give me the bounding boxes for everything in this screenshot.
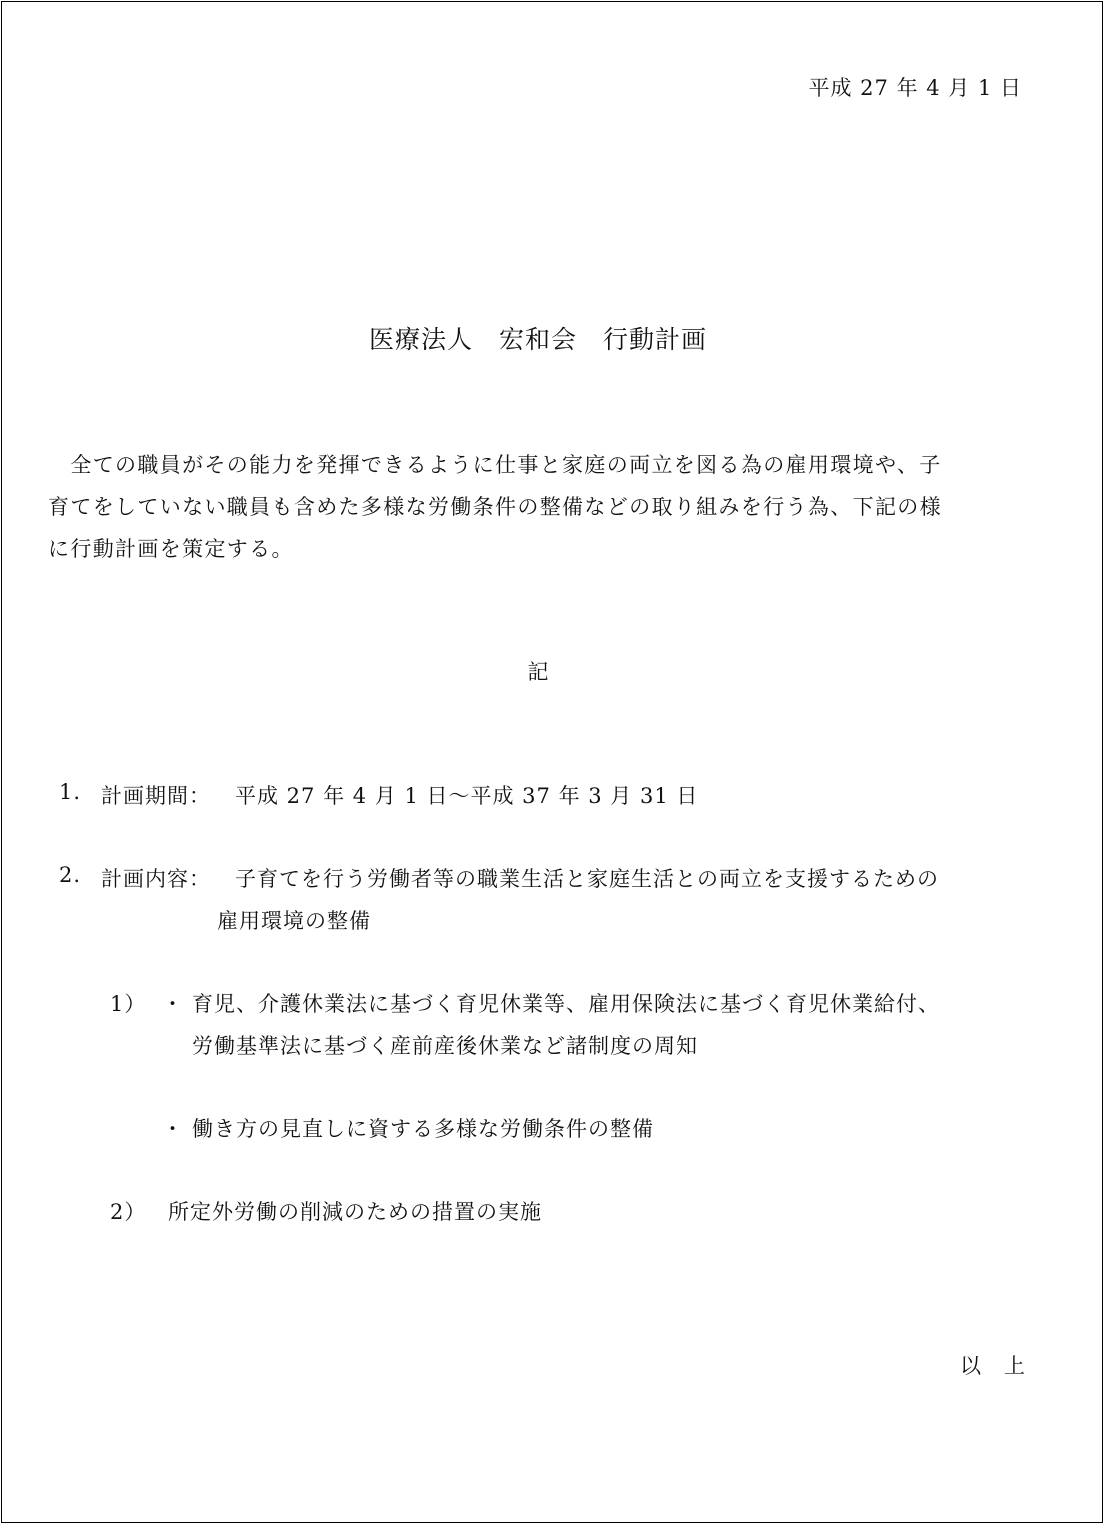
intro-line: 育てをしていない職員も含めた多様な労働条件の整備などの取り組みを行う為、下記の様 [48, 486, 1038, 528]
plan-content-value: 子育てを行う労働者等の職業生活と家庭生活との両立を支援するための [235, 863, 939, 893]
bullet-icon: ・ [162, 988, 184, 1018]
closing-mark: 以 上 [960, 1350, 1026, 1380]
ki-heading: 記 [2, 656, 1074, 686]
plan-period-label: 計画期間： [101, 780, 211, 810]
bullet-icon: ・ [162, 1113, 184, 1143]
document-date: 平成 27 年 4 月 1 日 [809, 72, 1023, 102]
plan-period-value: 平成 27 年 4 月 1 日～平成 37 年 3 月 31 日 [235, 780, 698, 810]
sub-item-number: 1） [110, 988, 146, 1018]
item-number: 1. [59, 780, 81, 804]
intro-paragraph: 全ての職員がその能力を発揮できるように仕事と家庭の両立を図る為の雇用環境や、子 … [48, 444, 1038, 570]
intro-line: に行動計画を策定する。 [48, 528, 1038, 570]
item-number: 2. [59, 863, 81, 887]
sub-item-number: 2） [110, 1196, 146, 1226]
document-title: 医療法人 宏和会 行動計画 [2, 320, 1074, 356]
sub-item-text: 働き方の見直しに資する多様な労働条件の整備 [192, 1113, 654, 1143]
sub-item-text: 所定外労働の削減のための措置の実施 [168, 1196, 542, 1226]
sub-item-text: 育児、介護休業法に基づく育児休業等、雇用保険法に基づく育児休業給付、 [192, 988, 940, 1018]
sub-item-text: 労働基準法に基づく産前産後休業など諸制度の周知 [192, 1030, 698, 1060]
plan-content-label: 計画内容： [101, 863, 211, 893]
intro-line: 全ての職員がその能力を発揮できるように仕事と家庭の両立を図る為の雇用環境や、子 [48, 444, 1038, 486]
document-page: 平成 27 年 4 月 1 日 医療法人 宏和会 行動計画 全ての職員がその能力… [1, 1, 1103, 1523]
plan-content-value: 雇用環境の整備 [217, 905, 371, 935]
